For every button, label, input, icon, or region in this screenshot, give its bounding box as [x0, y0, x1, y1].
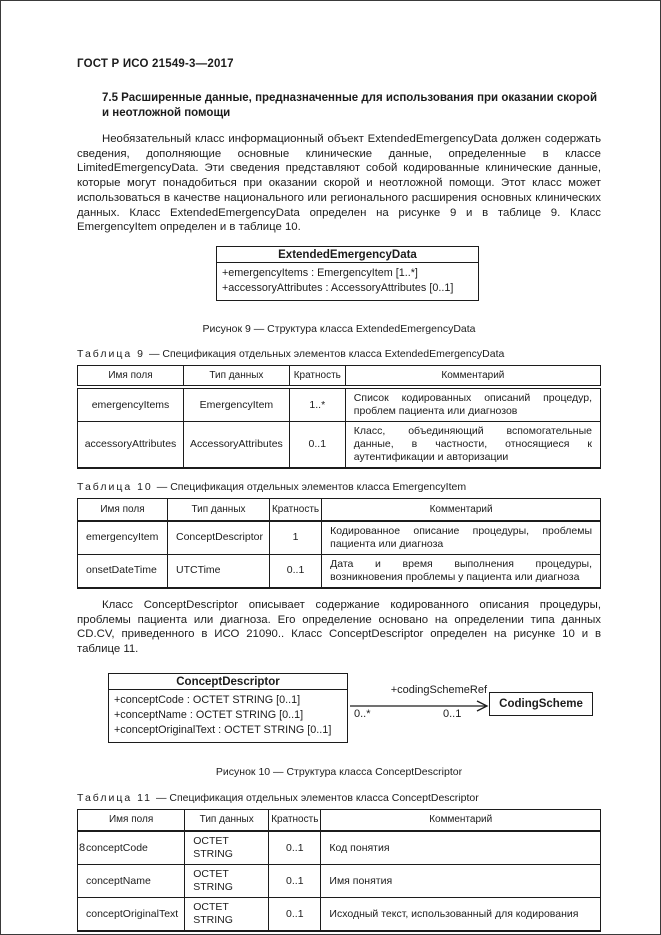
figure9-caption: Рисунок 9 — Структура класса ExtendedEme…: [77, 323, 601, 335]
cell-comment: Имя понятия: [321, 865, 601, 898]
table-header-row: Имя поля Тип данных Кратность Комментари…: [78, 499, 601, 521]
cell-data-type: AccessoryAttributes: [184, 422, 290, 469]
table10-caption: Таблица 10— Спецификация отдельных элеме…: [77, 481, 601, 493]
cell-multiplicity: 0..1: [269, 554, 321, 588]
table11: Имя поля Тип данных Кратность Комментари…: [77, 809, 601, 933]
document-page: ГОСТ Р ИСО 21549-3—2017 7.5 Расширенные …: [0, 0, 661, 935]
table9-caption-label: Таблица 9: [77, 348, 145, 360]
cell-multiplicity: 0..1: [269, 898, 321, 932]
cell-multiplicity: 0..1: [269, 831, 321, 865]
cell-field-name: conceptOriginalText: [78, 898, 185, 932]
column-header-field-name: Имя поля: [78, 365, 184, 387]
table-row: emergencyItems EmergencyItem 1..* Список…: [78, 387, 601, 422]
table-header-row: Имя поля Тип данных Кратность Комментари…: [78, 365, 601, 387]
column-header-field-name: Имя поля: [78, 809, 185, 831]
cell-comment: Исходный текст, использованный для кодир…: [321, 898, 601, 932]
cell-comment: Класс, объединяющий вспомогательные данн…: [345, 422, 600, 469]
uml-attribute: +conceptOriginalText : OCTET STRING [0..…: [114, 723, 342, 738]
cell-comment: Список кодированных описаний процедур, п…: [345, 387, 600, 422]
cell-comment: Кодированное описание процедуры, проблем…: [322, 521, 601, 555]
uml-class-attributes: +emergencyItems : EmergencyItem [1..*] +…: [217, 263, 478, 300]
uml-class-conceptdescriptor: ConceptDescriptor +conceptCode : OCTET S…: [108, 673, 348, 743]
cell-comment: Код понятия: [321, 831, 601, 865]
table-header-row: Имя поля Тип данных Кратность Комментари…: [78, 809, 601, 831]
cell-comment: Дата и время выполнения процедуры, возни…: [322, 554, 601, 588]
uml-attribute: +conceptCode : OCTET STRING [0..1]: [114, 693, 342, 708]
column-header-data-type: Тип данных: [185, 809, 269, 831]
table-row: conceptCode OCTET STRING 0..1 Код поняти…: [78, 831, 601, 865]
cell-data-type: OCTET STRING: [185, 865, 269, 898]
paragraph-extended-emergency: Необязательный класс информационный объе…: [77, 132, 601, 235]
cell-field-name: onsetDateTime: [78, 554, 168, 588]
paragraph-conceptdescriptor: Класс ConceptDescriptor описывает содерж…: [77, 598, 601, 657]
uml-class-attributes: +conceptCode : OCTET STRING [0..1] +conc…: [109, 690, 347, 742]
table10: Имя поля Тип данных Кратность Комментари…: [77, 498, 601, 589]
column-header-data-type: Тип данных: [184, 365, 290, 387]
multiplicity-source: 0..*: [354, 708, 371, 720]
cell-data-type: ConceptDescriptor: [168, 521, 270, 555]
figure10-diagram: ConceptDescriptor +conceptCode : OCTET S…: [77, 673, 601, 757]
cell-field-name: emergencyItem: [78, 521, 168, 555]
table10-caption-text: — Спецификация отдельных элементов класс…: [157, 481, 466, 493]
table-row: onsetDateTime UTCTime 0..1 Дата и время …: [78, 554, 601, 588]
table11-caption: Таблица 11— Спецификация отдельных элеме…: [77, 792, 601, 804]
section-heading-line2: и неотложной помощи: [102, 106, 601, 121]
multiplicity-target: 0..1: [443, 708, 461, 720]
column-header-multiplicity: Кратность: [289, 365, 345, 387]
column-header-field-name: Имя поля: [78, 499, 168, 521]
table11-caption-label: Таблица 11: [77, 792, 152, 804]
section-heading: 7.5 Расширенные данные, предназначенные …: [102, 91, 601, 121]
table10-caption-label: Таблица 10: [77, 481, 153, 493]
column-header-comment: Комментарий: [345, 365, 600, 387]
page-number: 8: [79, 842, 85, 854]
uml-attribute: +conceptName : OCTET STRING [0..1]: [114, 708, 342, 723]
uml-class-title: ExtendedEmergencyData: [217, 247, 478, 263]
table11-caption-text: — Спецификация отдельных элементов класс…: [156, 792, 479, 804]
column-header-comment: Комментарий: [322, 499, 601, 521]
table-row: emergencyItem ConceptDescriptor 1 Кодиро…: [78, 521, 601, 555]
table-row: conceptName OCTET STRING 0..1 Имя поняти…: [78, 865, 601, 898]
cell-multiplicity: 0..1: [289, 422, 345, 469]
running-header: ГОСТ Р ИСО 21549-3—2017: [77, 58, 601, 70]
table-row: conceptOriginalText OCTET STRING 0..1 Ис…: [78, 898, 601, 932]
table9-caption-text: — Спецификация отдельных элементов класс…: [149, 348, 504, 360]
column-header-comment: Комментарий: [321, 809, 601, 831]
section-heading-line1: 7.5 Расширенные данные, предназначенные …: [102, 91, 601, 106]
cell-field-name: conceptName: [78, 865, 185, 898]
cell-field-name: emergencyItems: [78, 387, 184, 422]
cell-field-name: conceptCode: [78, 831, 185, 865]
cell-field-name: accessoryAttributes: [78, 422, 184, 469]
cell-data-type: OCTET STRING: [185, 831, 269, 865]
uml-class-codingscheme: CodingScheme: [489, 692, 593, 716]
cell-data-type: UTCTime: [168, 554, 270, 588]
cell-data-type: EmergencyItem: [184, 387, 290, 422]
column-header-multiplicity: Кратность: [269, 809, 321, 831]
uml-attribute: +accessoryAttributes : AccessoryAttribut…: [222, 281, 473, 296]
cell-multiplicity: 1..*: [289, 387, 345, 422]
table9-caption: Таблица 9— Спецификация отдельных элемен…: [77, 348, 601, 360]
association-role-label: +codingSchemeRef: [367, 684, 487, 696]
table-row: accessoryAttributes AccessoryAttributes …: [78, 422, 601, 469]
cell-multiplicity: 1: [269, 521, 321, 555]
figure10-caption: Рисунок 10 — Структура класса ConceptDes…: [77, 766, 601, 778]
cell-multiplicity: 0..1: [269, 865, 321, 898]
uml-class-extendedemergencydata: ExtendedEmergencyData +emergencyItems : …: [216, 246, 479, 301]
uml-class-title: ConceptDescriptor: [109, 674, 347, 690]
uml-attribute: +emergencyItems : EmergencyItem [1..*]: [222, 266, 473, 281]
cell-data-type: OCTET STRING: [185, 898, 269, 932]
page-content: ГОСТ Р ИСО 21549-3—2017 7.5 Расширенные …: [77, 1, 601, 932]
table9: Имя поля Тип данных Кратность Комментари…: [77, 365, 601, 470]
column-header-multiplicity: Кратность: [269, 499, 321, 521]
column-header-data-type: Тип данных: [168, 499, 270, 521]
